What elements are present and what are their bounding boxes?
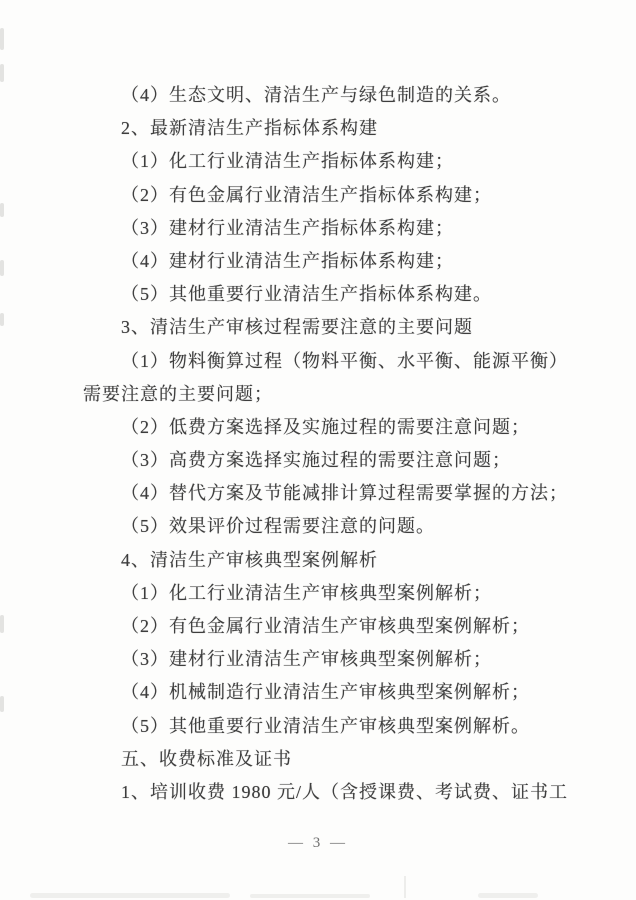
scan-artifact [0,696,4,712]
document-line: （5）其他重要行业清洁生产审核典型案例解析。 [83,710,603,743]
document-line: （4）替代方案及节能减排计算过程需要掌握的方法； [83,477,603,510]
document-line: （1）化工行业清洁生产指标体系构建； [83,145,603,178]
scan-artifact [30,893,230,898]
document-line: 4、清洁生产审核典型案例解析 [83,544,603,577]
scan-artifact [250,894,370,898]
document-line: （4）机械制造行业清洁生产审核典型案例解析； [83,676,603,709]
scan-artifact [0,64,4,82]
document-line: 需要注意的主要问题； [83,378,603,411]
document-line: （4）生态文明、清洁生产与绿色制造的关系。 [83,79,603,112]
document-line: （4）建材行业清洁生产指标体系构建； [83,245,603,278]
document-line: （3）高费方案选择实施过程的需要注意问题； [83,444,603,477]
document-body: （4）生态文明、清洁生产与绿色制造的关系。2、最新清洁生产指标体系构建（1）化工… [83,79,603,809]
document-line: （1）化工行业清洁生产审核典型案例解析； [83,577,603,610]
document-line: 3、清洁生产审核过程需要注意的主要问题 [83,311,603,344]
document-line: （2）低费方案选择及实施过程的需要注意问题； [83,411,603,444]
scan-artifact [404,876,406,898]
document-line: 2、最新清洁生产指标体系构建 [83,112,603,145]
document-line: 五、收费标准及证书 [83,743,603,776]
page-number: — 3 — [0,835,636,852]
document-line: 1、培训收费 1980 元/人（含授课费、考试费、证书工 [83,776,603,809]
document-line: （2）有色金属行业清洁生产指标体系构建； [83,179,603,212]
scan-artifact [478,893,538,898]
document-line: （1）物料衡算过程（物料平衡、水平衡、能源平衡） [83,345,603,378]
document-line: （2）有色金属行业清洁生产审核典型案例解析； [83,610,603,643]
document-line: （5）效果评价过程需要注意的问题。 [83,510,603,543]
document-line: （5）其他重要行业清洁生产指标体系构建。 [83,278,603,311]
scan-artifact [0,28,4,50]
document-line: （3）建材行业清洁生产审核典型案例解析； [83,643,603,676]
scan-artifact [0,203,4,217]
document-line: （3）建材行业清洁生产指标体系构建； [83,212,603,245]
scan-artifact [0,313,4,326]
scan-artifact [0,615,4,633]
scanned-document-page: （4）生态文明、清洁生产与绿色制造的关系。2、最新清洁生产指标体系构建（1）化工… [0,0,636,900]
scan-artifact [0,260,4,276]
